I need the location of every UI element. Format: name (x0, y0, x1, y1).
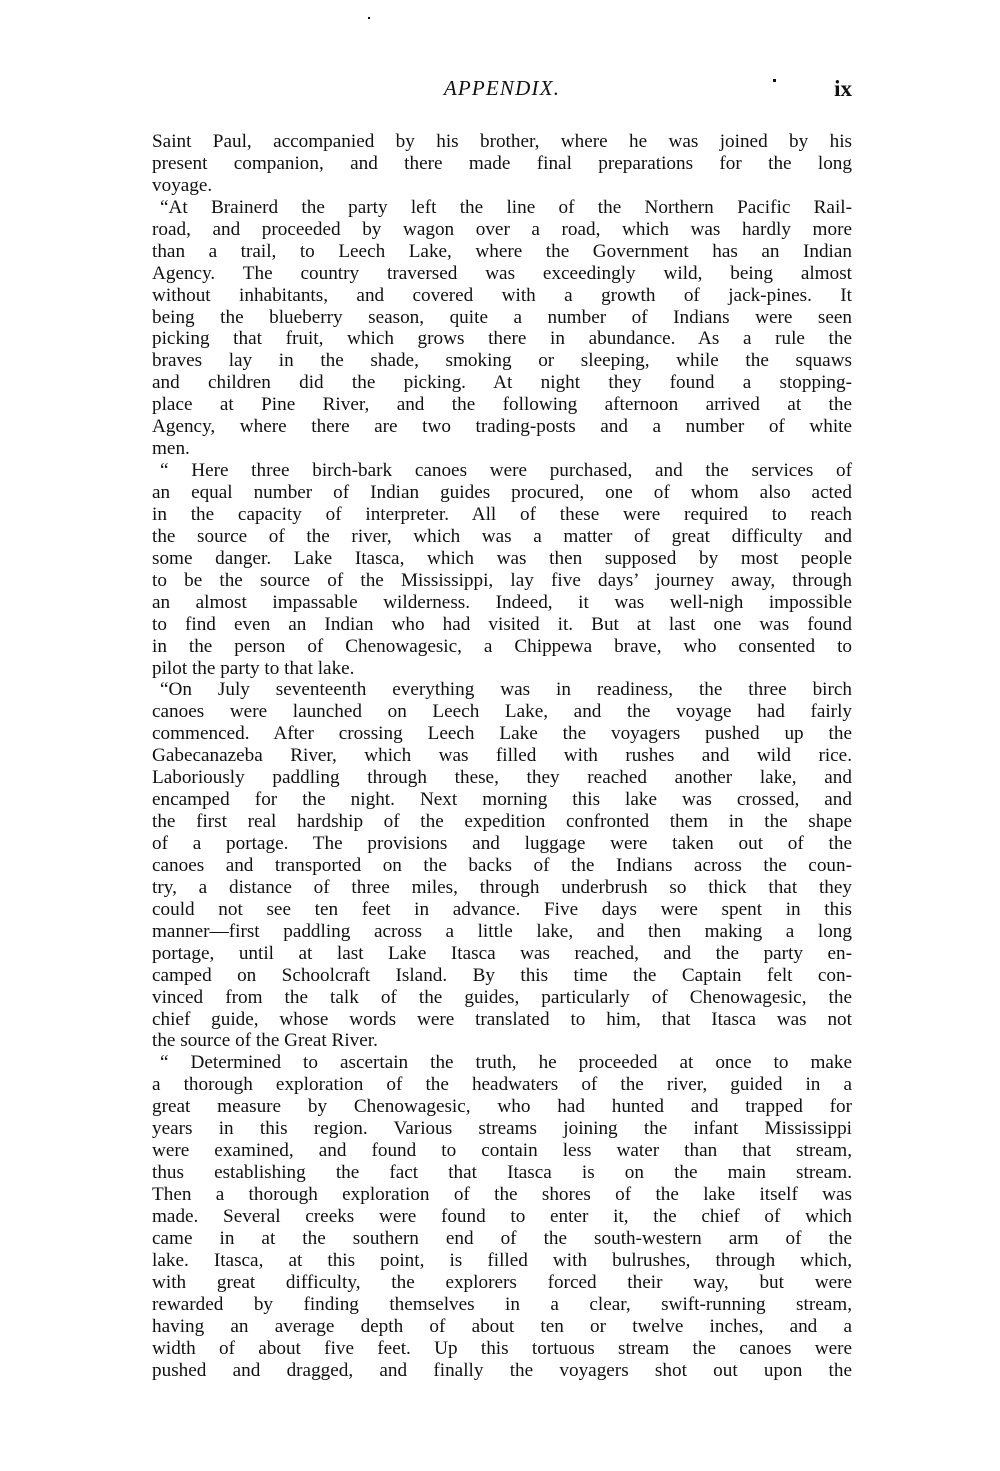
text-line: of a portage. The provisions and luggage… (152, 833, 852, 855)
running-head: APPENDIX. ix (152, 76, 852, 106)
text-line: manner—first paddling across a little la… (152, 921, 852, 943)
text-line: than a trail, to Leech Lake, where the G… (152, 241, 852, 263)
paragraph-first-line: “On July seventeenth everything was in r… (152, 679, 852, 701)
paragraph-first-line: “ Determined to ascertain the truth, he … (152, 1052, 852, 1074)
text-line: the source of the Great River. (152, 1030, 852, 1052)
text-line: portage, until at last Lake Itasca was r… (152, 943, 852, 965)
text-line: could not see ten feet in advance. Five … (152, 899, 852, 921)
text-line: camped on Schoolcraft Island. By this ti… (152, 965, 852, 987)
text-line: a thorough exploration of the headwaters… (152, 1074, 852, 1096)
book-page: APPENDIX. ix Saint Paul, accompanied by … (0, 0, 1000, 1471)
text-line: the source of the river, which was a mat… (152, 526, 852, 548)
text-line: pilot the party to that lake. (152, 658, 852, 680)
text-line: being the blueberry season, quite a numb… (152, 307, 852, 329)
text-line: an equal number of Indian guides procure… (152, 482, 852, 504)
text-line: encamped for the night. Next morning thi… (152, 789, 852, 811)
text-line: Then a thorough exploration of the shore… (152, 1184, 852, 1206)
text-line: commenced. After crossing Leech Lake the… (152, 723, 852, 745)
text-line: in the capacity of interpreter. All of t… (152, 504, 852, 526)
text-line: with great difficulty, the explorers for… (152, 1272, 852, 1294)
text-line: an almost impassable wilderness. Indeed,… (152, 592, 852, 614)
text-line: canoes were launched on Leech Lake, and … (152, 701, 852, 723)
text-line: men. (152, 438, 852, 460)
text-line: and children did the picking. At night t… (152, 372, 852, 394)
scan-speck (368, 17, 370, 19)
text-line: to find even an Indian who had visited i… (152, 614, 852, 636)
text-line: came in at the southern end of the south… (152, 1228, 852, 1250)
text-line: present companion, and there made final … (152, 153, 852, 175)
text-line: the first real hardship of the expeditio… (152, 811, 852, 833)
text-line: were examined, and found to contain less… (152, 1140, 852, 1162)
text-line: rewarded by finding themselves in a clea… (152, 1294, 852, 1316)
text-line: lake. Itasca, at this point, is filled w… (152, 1250, 852, 1272)
text-line: made. Several creeks were found to enter… (152, 1206, 852, 1228)
text-line: chief guide, whose words were translated… (152, 1009, 852, 1031)
page-number: ix (834, 76, 852, 102)
text-line: width of about five feet. Up this tortuo… (152, 1338, 852, 1360)
text-line: great measure by Chenowagesic, who had h… (152, 1096, 852, 1118)
text-line: Agency, where there are two trading-post… (152, 416, 852, 438)
text-line: try, a distance of three miles, through … (152, 877, 852, 899)
text-line: years in this region. Various streams jo… (152, 1118, 852, 1140)
text-line: pushed and dragged, and finally the voya… (152, 1360, 852, 1382)
text-line: having an average depth of about ten or … (152, 1316, 852, 1338)
text-line: road, and proceeded by wagon over a road… (152, 219, 852, 241)
text-line: Gabecanazeba River, which was filled wit… (152, 745, 852, 767)
text-line: to be the source of the Mississippi, lay… (152, 570, 852, 592)
text-line: thus establishing the fact that Itasca i… (152, 1162, 852, 1184)
text-line: Laboriously paddling through these, they… (152, 767, 852, 789)
body-text: Saint Paul, accompanied by his brother, … (152, 131, 852, 1381)
text-line: some danger. Lake Itasca, which was then… (152, 548, 852, 570)
running-head-title: APPENDIX. (152, 76, 852, 101)
paragraph-first-line: “ Here three birch-bark canoes were purc… (152, 460, 852, 482)
scan-speck (773, 79, 776, 82)
text-line: without inhabitants, and covered with a … (152, 285, 852, 307)
text-line: braves lay in the shade, smoking or slee… (152, 350, 852, 372)
paragraph-first-line: “At Brainerd the party left the line of … (152, 197, 852, 219)
text-line: place at Pine River, and the following a… (152, 394, 852, 416)
text-line: in the person of Chenowagesic, a Chippew… (152, 636, 852, 658)
text-line: Agency. The country traversed was exceed… (152, 263, 852, 285)
text-line: canoes and transported on the backs of t… (152, 855, 852, 877)
text-line: Saint Paul, accompanied by his brother, … (152, 131, 852, 153)
text-line: picking that fruit, which grows there in… (152, 328, 852, 350)
text-line: voyage. (152, 175, 852, 197)
text-line: vinced from the talk of the guides, part… (152, 987, 852, 1009)
